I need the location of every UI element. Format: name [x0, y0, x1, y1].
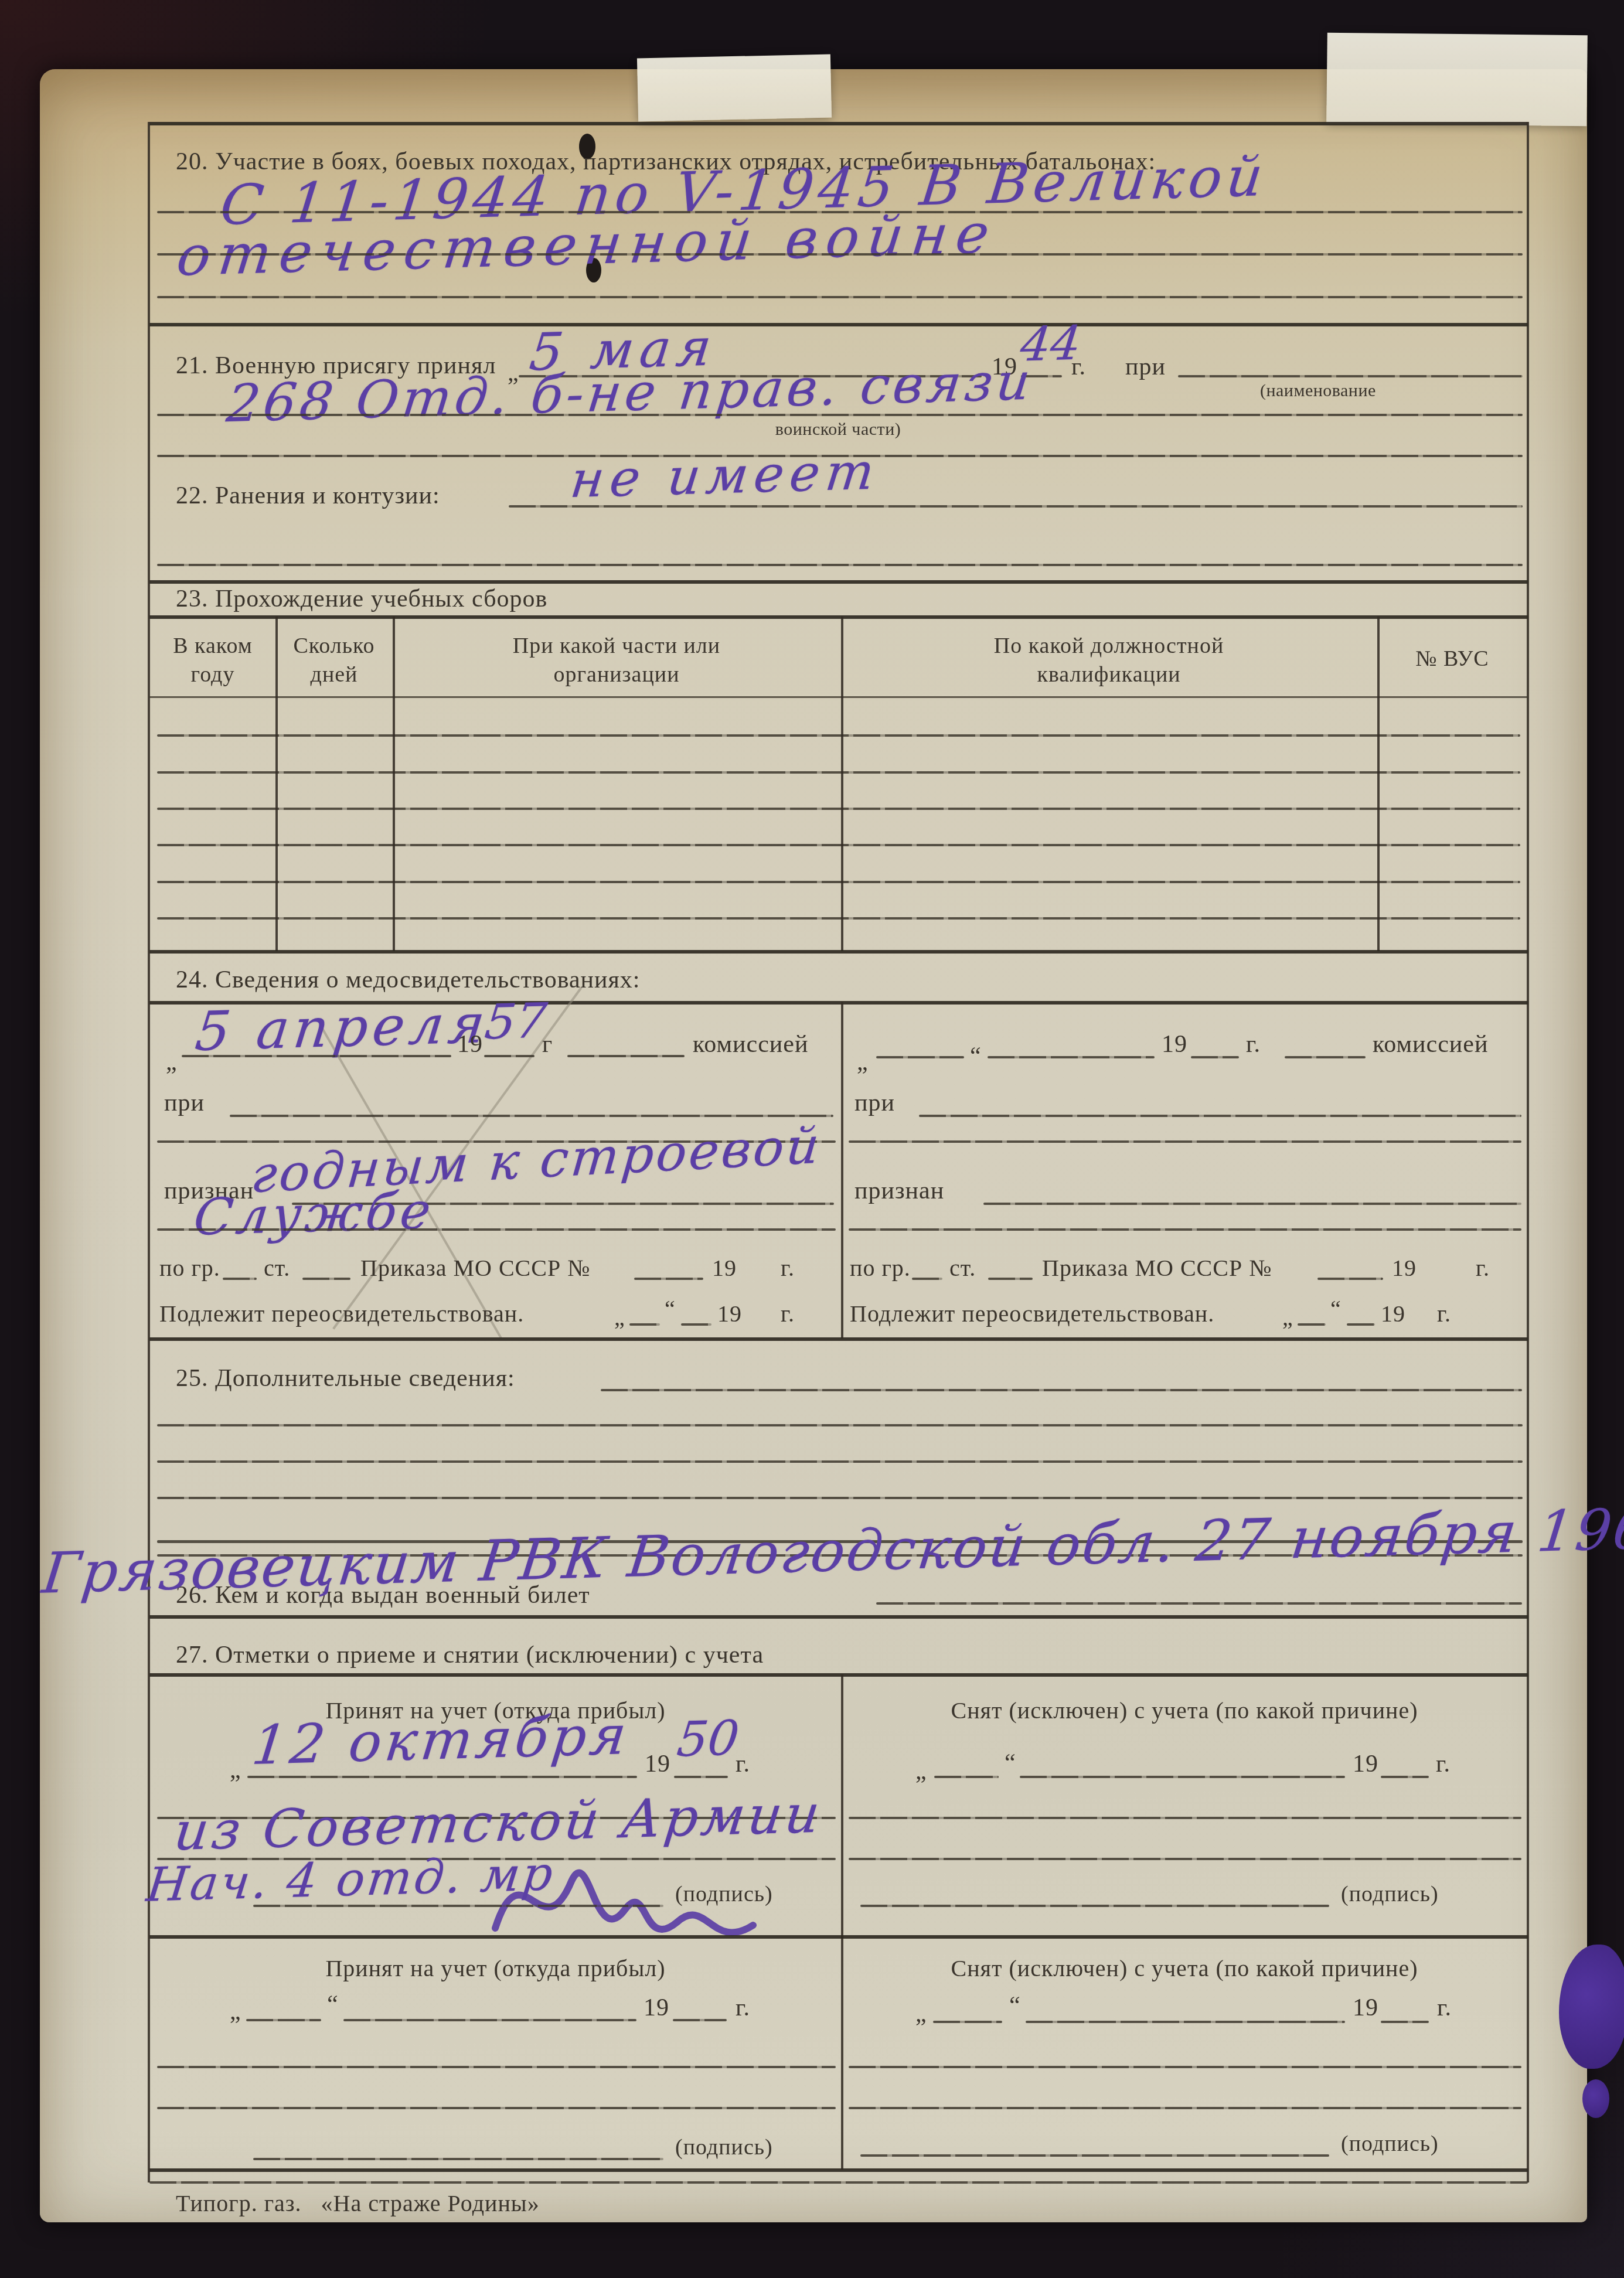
year-suffix: г. — [736, 1750, 750, 1778]
header-line: Сколько — [293, 634, 374, 658]
prikaz-label: Приказа МО СССР № — [1042, 1254, 1272, 1282]
commission-label: комиссией — [693, 1030, 808, 1058]
blank-line — [860, 1905, 1329, 1907]
quote-open: „ — [1282, 1303, 1293, 1331]
blank-line — [1191, 1056, 1239, 1058]
year-suffix: г. — [1437, 1300, 1451, 1327]
quote-open: „ — [857, 1048, 869, 1076]
accepted-year-handwriting: 50 — [674, 1711, 741, 1768]
signature-label: (подпись) — [675, 2134, 773, 2160]
ruled-line — [849, 1228, 1521, 1231]
signature-label: (подпись) — [1341, 1881, 1439, 1907]
ruled-line — [157, 1228, 836, 1231]
year-suffix: г. — [781, 1254, 795, 1282]
section25-label: 25. Дополнительные сведения: — [176, 1364, 515, 1392]
blank-line — [247, 1776, 637, 1778]
ruled-line — [157, 1424, 1523, 1426]
blank-line — [934, 1776, 999, 1778]
table-header-unit: При какой части или организации — [394, 632, 839, 690]
year-suffix: г — [542, 1030, 553, 1058]
table-writing-line — [157, 808, 1520, 810]
table-header-qualification: По какой должностной квалификации — [842, 632, 1376, 690]
table-column-divider — [393, 617, 395, 951]
blank-line — [988, 1056, 1155, 1058]
blank-line — [567, 1055, 685, 1057]
blank-line — [983, 1203, 1521, 1205]
medical-block-divider — [841, 1002, 843, 1339]
ruled-line — [157, 564, 1523, 566]
tape-fragment — [637, 55, 832, 122]
signature-label: (подпись) — [1341, 2131, 1439, 2157]
blank-line — [1381, 1776, 1429, 1778]
ruled-line — [157, 296, 1523, 298]
pri-label: при — [164, 1089, 205, 1117]
blank-line — [634, 1278, 703, 1280]
tape-fragment — [1326, 33, 1588, 127]
blank-line — [484, 1055, 534, 1057]
section-divider — [149, 1615, 1528, 1619]
blank-line — [1285, 1056, 1366, 1058]
blank-line — [230, 1115, 833, 1117]
header-line: квалификации — [1037, 662, 1180, 687]
table-writing-line — [157, 917, 1520, 920]
accepted-date-handwriting: 12 октября — [249, 1704, 633, 1777]
medical-year-handwriting: 57 — [482, 993, 549, 1051]
table-writing-line — [157, 734, 1520, 737]
quote-open: „ — [915, 2000, 927, 2028]
ruled-line — [849, 1817, 1521, 1819]
year-prefix: 19 — [457, 1030, 483, 1058]
year-prefix: 19 — [644, 1994, 669, 2022]
ruled-line — [157, 2107, 836, 2109]
ruled-line — [849, 1858, 1521, 1860]
blank-line — [182, 1055, 451, 1057]
frame-bottom — [149, 2168, 1528, 2172]
year-suffix: г. — [1436, 1750, 1451, 1778]
ruled-line — [157, 253, 1523, 256]
prikaz-label: Приказа МО СССР № — [360, 1254, 590, 1282]
pri-label: при — [854, 1089, 895, 1117]
blank-line — [1178, 375, 1523, 377]
blank-line — [1347, 1323, 1375, 1326]
quote-open: „ — [166, 1048, 178, 1076]
removed-header: Снят (исключен) с учета (по какой причин… — [842, 1954, 1527, 1982]
quote-open: „ — [614, 1303, 625, 1331]
year-suffix: г. — [1071, 353, 1086, 381]
po-gr-label: по гр. — [850, 1254, 911, 1282]
year-suffix: г. — [781, 1300, 795, 1327]
st-label: ст. — [949, 1254, 976, 1282]
podlezhit-label: Подлежит переосвидетельствован. — [850, 1300, 1214, 1327]
section22-handwriting: не имеет — [567, 442, 883, 510]
year-prefix: 19 — [717, 1300, 742, 1327]
blank-line — [876, 1602, 1522, 1605]
scanned-photo: 20. Участие в боях, боевых походах, парт… — [0, 0, 1624, 2278]
frame-right — [1527, 122, 1529, 2182]
table-writing-line — [157, 844, 1520, 846]
section24-title: 24. Сведения о медосвидетельствованиях: — [176, 966, 641, 994]
quote-open: „ — [230, 1756, 241, 1784]
blank-line — [674, 1776, 728, 1778]
header-line: При какой части или — [513, 634, 720, 658]
section-divider — [149, 1337, 1528, 1341]
pri-label: при — [1125, 353, 1166, 381]
section22-label: 22. Ранения и контузии: — [176, 482, 440, 510]
section-divider — [149, 580, 1528, 584]
quote-close: “ — [665, 1295, 676, 1323]
po-gr-label: по гр. — [159, 1254, 220, 1282]
blank-line — [343, 2019, 636, 2021]
registration-table-divider — [841, 1674, 843, 2170]
year-prefix: 19 — [1392, 1254, 1417, 1282]
ruled-line — [849, 2107, 1521, 2109]
quote-open: „ — [230, 1997, 241, 2025]
header-line: организации — [553, 662, 679, 687]
year-prefix: 19 — [712, 1254, 737, 1282]
header-line: году — [191, 662, 235, 687]
table-header-days: Сколько дней — [277, 632, 391, 690]
ruled-line — [849, 1140, 1521, 1143]
frame-top — [149, 122, 1528, 125]
blank-line — [1317, 1278, 1383, 1280]
signature-label: (подпись) — [675, 1881, 773, 1907]
year-suffix: г. — [1476, 1254, 1490, 1282]
table-column-divider — [1377, 617, 1380, 951]
quote-close: “ — [1005, 1749, 1016, 1777]
frame-bottom-inner — [149, 2181, 1528, 2184]
header-line: По какой должностной — [994, 634, 1224, 658]
section-divider — [149, 323, 1528, 326]
year-suffix: г. — [1246, 1030, 1261, 1058]
header-line: дней — [311, 662, 358, 687]
podlezhit-label: Подлежит переосвидетельствован. — [159, 1300, 524, 1327]
year-prefix: 19 — [1353, 1750, 1378, 1778]
ink-blot — [1582, 2079, 1609, 2118]
table-header-year: В каком году — [151, 632, 274, 690]
blank-line — [1020, 1776, 1345, 1778]
blank-line — [246, 2019, 321, 2021]
medical-fit-handwriting2: Службе — [191, 1181, 437, 1247]
section23-title: 23. Прохождение учебных сборов — [176, 585, 547, 613]
blank-line — [601, 1389, 1522, 1391]
blank-line — [629, 1323, 660, 1326]
quote-close: “ — [327, 1990, 339, 2018]
table-writing-line — [157, 881, 1520, 883]
blank-line — [876, 1056, 964, 1058]
paren-voinskoy-chasti: воинской части) — [674, 420, 1002, 440]
ruled-line — [157, 1497, 1523, 1499]
year-prefix: 19 — [645, 1750, 670, 1778]
table-bottom-border — [149, 950, 1528, 954]
table-top-border — [149, 1673, 1528, 1677]
blank-line — [1026, 2021, 1345, 2023]
table-header-vus: № ВУС — [1378, 646, 1526, 672]
blank-line — [681, 1323, 711, 1326]
quote-close: “ — [1330, 1295, 1342, 1323]
removed-header: Снят (исключен) с учета (по какой причин… — [842, 1697, 1527, 1724]
table-column-divider — [841, 617, 843, 951]
year-suffix: г. — [1437, 1994, 1452, 2022]
year-prefix: 19 — [1162, 1030, 1187, 1058]
blank-line — [933, 2021, 1002, 2023]
table-column-divider — [275, 617, 278, 951]
blank-line — [223, 1278, 257, 1280]
blank-line — [253, 1905, 663, 1907]
medical-date-handwriting: 5 апреля — [192, 992, 493, 1063]
year-prefix: 19 — [1381, 1300, 1405, 1327]
blank-line — [673, 2019, 727, 2021]
priznan-label: признан — [854, 1177, 944, 1205]
ruled-line — [849, 2066, 1521, 2068]
header-line: В каком — [173, 634, 252, 658]
st-label: ст. — [264, 1254, 290, 1282]
quote-close: “ — [970, 1042, 982, 1070]
blank-line — [919, 1115, 1521, 1117]
blank-line — [509, 505, 1523, 508]
ruled-line — [157, 1460, 1523, 1463]
year-suffix: г. — [736, 1994, 750, 2022]
paren-naimenovanie: (наименование — [1260, 381, 1376, 401]
quote-open: „ — [915, 1757, 927, 1785]
accepted-header: Принят на учет (откуда прибыл) — [151, 1954, 840, 1982]
blank-line — [988, 1278, 1033, 1280]
quote-close: “ — [1009, 1991, 1021, 2020]
blank-line — [1298, 1323, 1326, 1326]
commission-label: комиссией — [1373, 1030, 1488, 1058]
ruled-line — [157, 2066, 836, 2068]
section27-title: 27. Отметки о приеме и снятии (исключени… — [176, 1641, 764, 1669]
table-top-border — [149, 615, 1528, 619]
ruled-line — [157, 414, 1523, 416]
blank-line — [912, 1278, 942, 1280]
table-header-bottom — [149, 696, 1528, 698]
printer-imprint: Типогр. газ. «На страже Родины» — [176, 2190, 540, 2217]
table-writing-line — [157, 771, 1520, 774]
blank-line — [1381, 2021, 1429, 2023]
row-divider — [149, 1935, 1528, 1939]
year-prefix: 19 — [1353, 1994, 1378, 2022]
blank-line — [302, 1278, 350, 1280]
blank-line — [253, 2158, 663, 2160]
blank-line — [860, 2154, 1329, 2157]
